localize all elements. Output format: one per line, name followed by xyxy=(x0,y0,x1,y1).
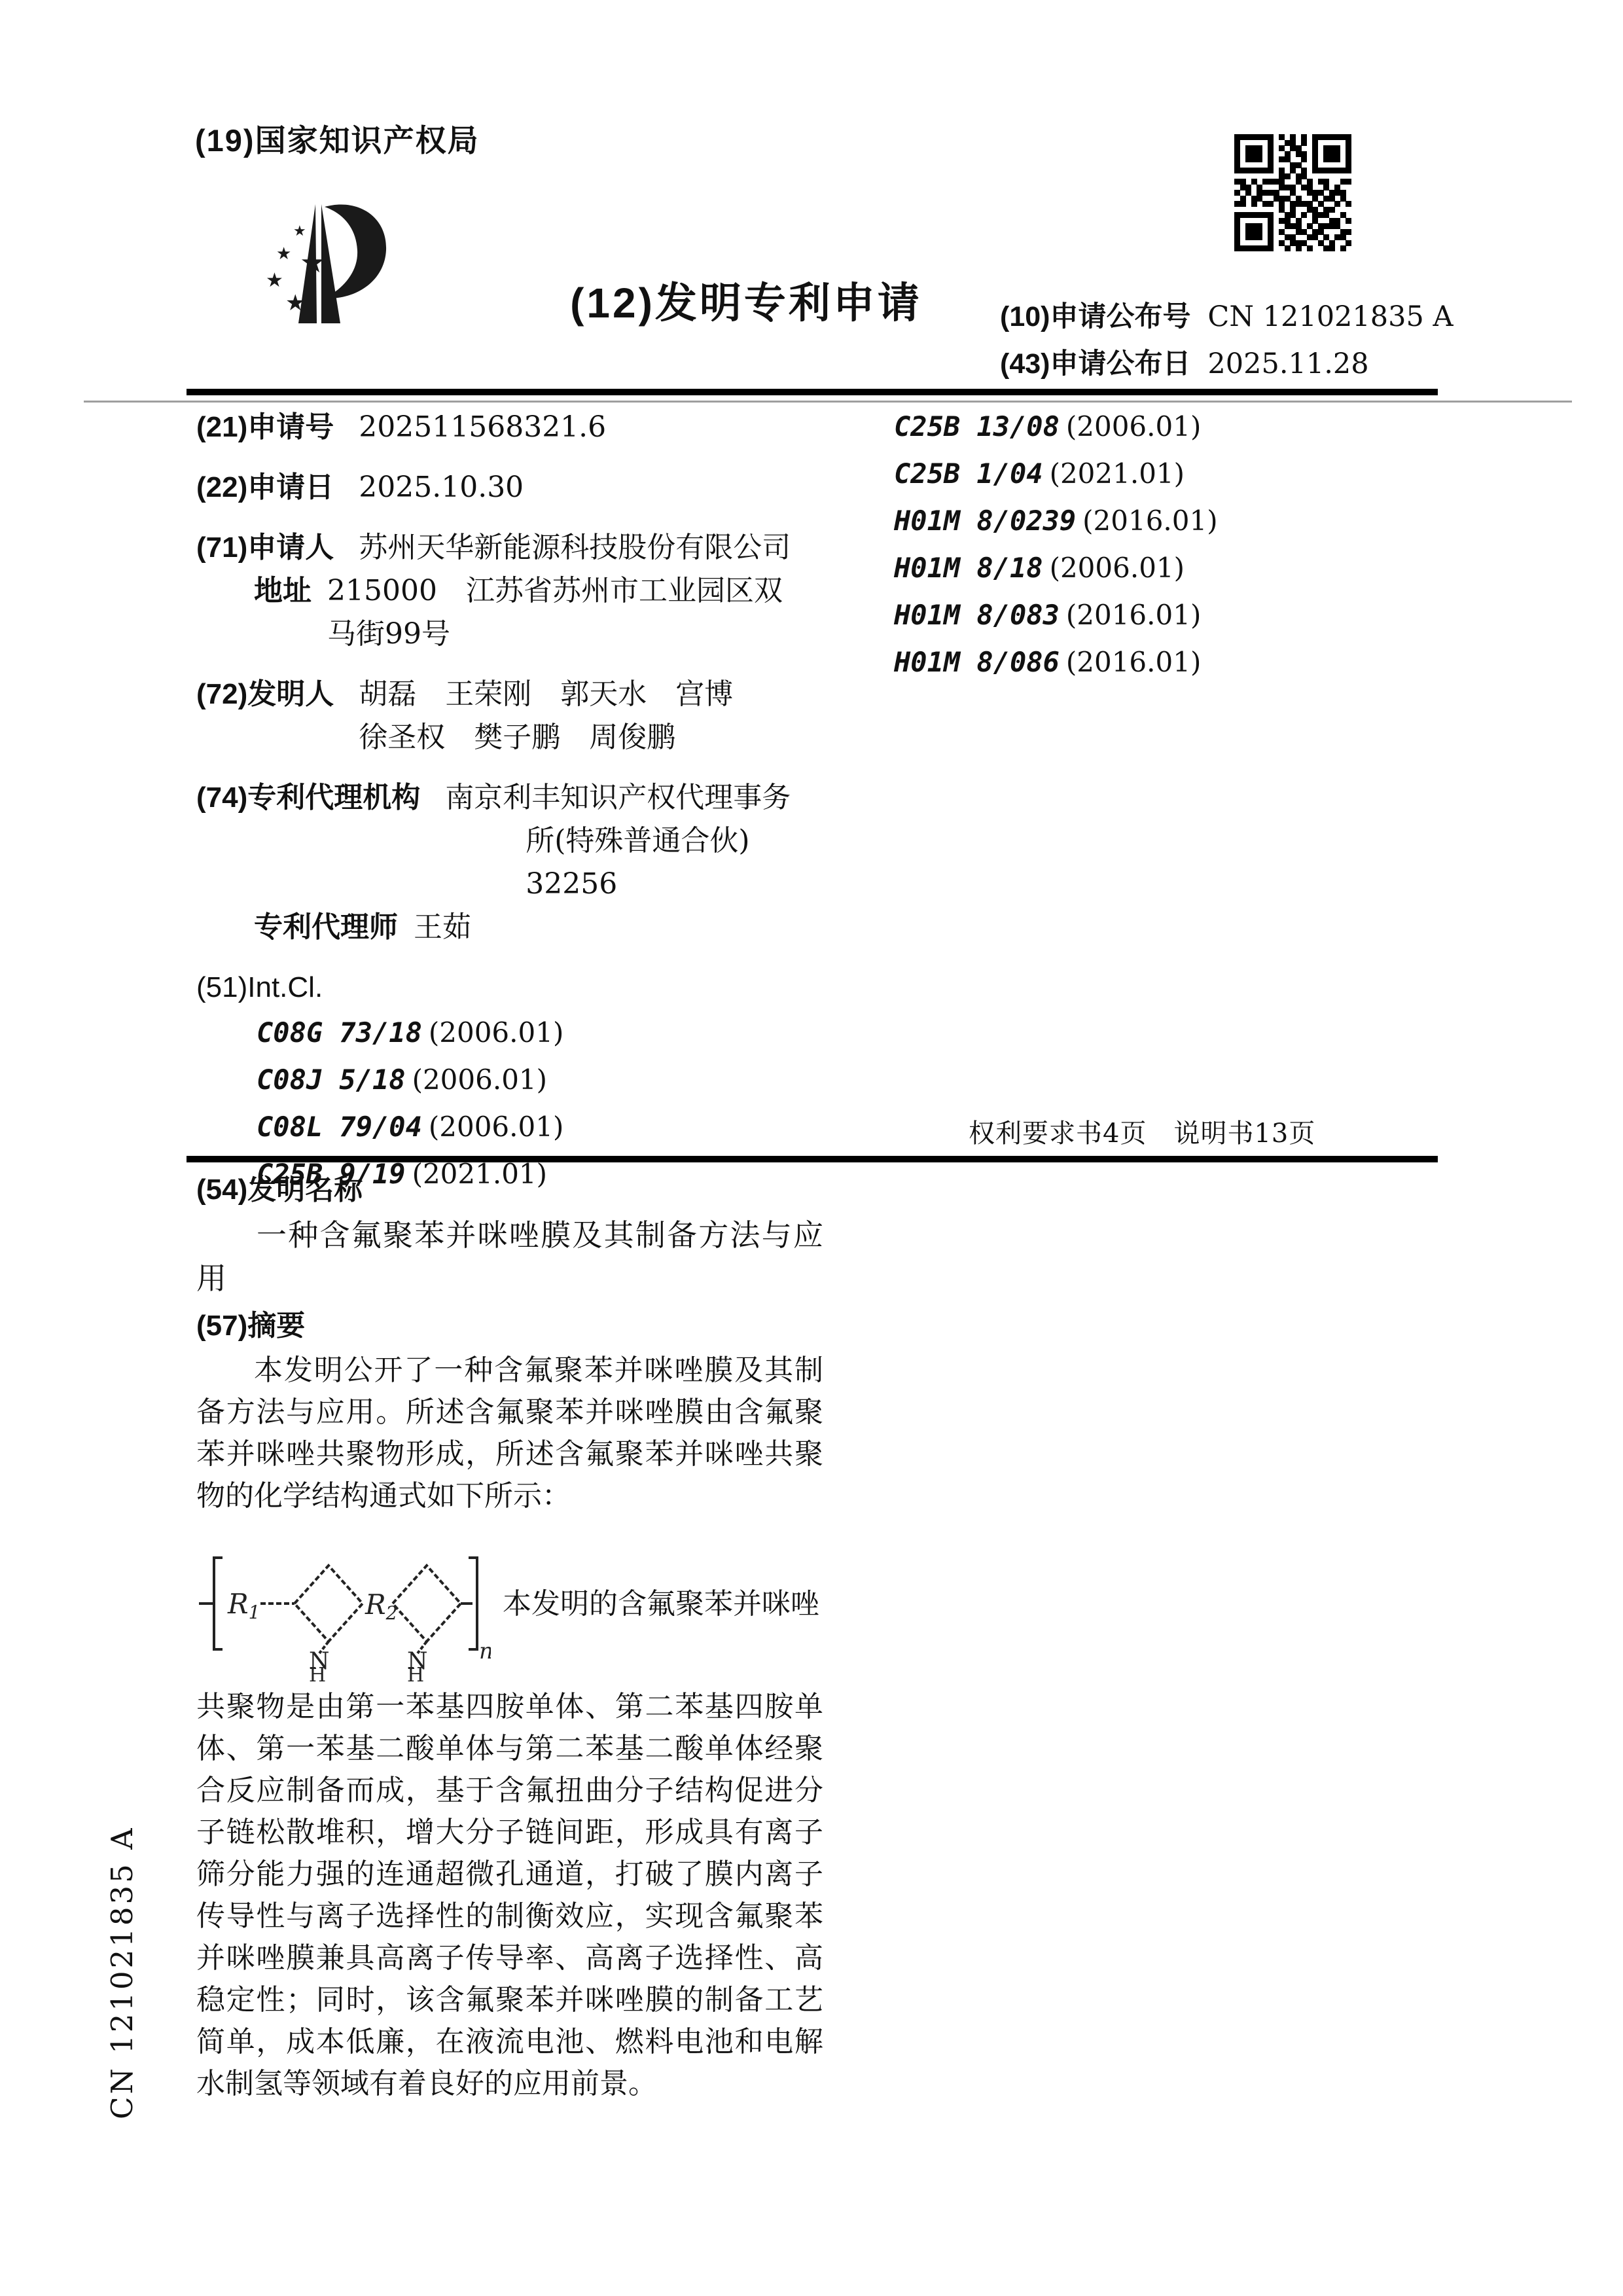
ipc-version: (2006.01) xyxy=(1050,552,1185,584)
star-icon: ★ xyxy=(285,291,305,315)
formula-r2: R2 xyxy=(365,1588,397,1624)
inventors-label: (72)发明人 xyxy=(196,673,334,716)
qr-module xyxy=(1240,201,1246,207)
cnipa-logo-icon: ★ ★ ★ ★ ★ xyxy=(247,195,404,372)
ipc-item: C25B 1/04(2021.01) xyxy=(894,450,1444,497)
agent-value: 王茹 xyxy=(414,906,819,949)
qr-module xyxy=(1268,245,1274,251)
qr-code xyxy=(1234,134,1351,251)
ipc-item: C08J 5/18(2006.01) xyxy=(257,1056,819,1103)
qr-module xyxy=(1346,240,1351,246)
qr-module xyxy=(1329,207,1335,213)
agency-line-2: 所(特殊普通合伙) 32256 xyxy=(526,819,819,906)
inventors-line-2: 徐圣权 樊子鹏 周俊鹏 xyxy=(359,716,819,759)
formula-h-left: H xyxy=(309,1664,326,1682)
ipc-code: H01M 8/0239 xyxy=(894,505,1076,537)
ipc-code: C08J 5/18 xyxy=(257,1064,406,1096)
ipc-item: H01M 8/086(2016.01) xyxy=(894,639,1444,686)
agency-entry: (74)专利代理机构 南京利丰知识产权代理事务 所(特殊普通合伙) 32256 … xyxy=(196,776,819,949)
ipc-item: H01M 8/18(2006.01) xyxy=(894,545,1444,592)
qr-module xyxy=(1285,245,1291,251)
abstract-label: (57)摘要 xyxy=(196,1308,823,1344)
ipc-version: (2016.01) xyxy=(1066,599,1201,631)
side-publication-code: CN 121021835 A xyxy=(105,1825,139,2119)
pages-info: 权利要求书4页 说明书13页 xyxy=(969,1113,1315,1150)
ipc-version: (2016.01) xyxy=(1066,646,1201,678)
star-icon: ★ xyxy=(276,243,291,263)
agency-line-1: 南京利丰知识产权代理事务 xyxy=(445,776,819,819)
qr-module xyxy=(1301,156,1307,162)
publication-date-value: 2025.11.28 xyxy=(1207,348,1368,380)
qr-module xyxy=(1296,245,1302,251)
chemical-structure-formula: R1 R2 N H N H n xyxy=(196,1520,491,1682)
address-label: 地址 xyxy=(254,569,312,613)
qr-module xyxy=(1346,179,1351,185)
formula-caption-text: 本发明的含氟聚苯并咪唑 xyxy=(503,1580,819,1622)
star-icon: ★ xyxy=(293,223,306,239)
invention-title: 一种含氟聚苯并咪唑膜及其制备方法与应用 xyxy=(196,1213,823,1300)
applicant-entry: (71)申请人 苏州天华新能源科技股份有限公司 地址 215000 江苏省苏州市… xyxy=(196,526,819,656)
cnipa-logo-graphic: ★ ★ ★ ★ ★ xyxy=(247,195,404,372)
horizontal-rule-middle xyxy=(187,1156,1438,1162)
ipc-code: C25B 13/08 xyxy=(894,410,1060,442)
application-number-value: 202511568321.6 xyxy=(359,406,819,449)
abstract-section: (54)发明名称 一种含氟聚苯并咪唑膜及其制备方法与应用 (57)摘要 本发明公… xyxy=(196,1172,823,2105)
ipc-item: C25B 13/08(2006.01) xyxy=(894,403,1444,450)
document-type-title: (12)发明专利申请 xyxy=(419,270,1073,330)
horizontal-rule-top xyxy=(187,389,1438,395)
formula-h-right: H xyxy=(407,1664,424,1682)
ipc-code: H01M 8/18 xyxy=(894,552,1043,584)
application-date-label: (22)申请日 xyxy=(196,466,334,509)
ipc-version: (2016.01) xyxy=(1082,505,1217,537)
qr-module xyxy=(1334,201,1340,207)
qr-module xyxy=(1268,168,1274,173)
ipc-item: H01M 8/0239(2016.01) xyxy=(894,497,1444,545)
scan-artifact-line xyxy=(84,401,1572,403)
inventors-line-1: 胡磊 王荣刚 郭天水 宫博 xyxy=(359,673,819,716)
qr-module xyxy=(1257,234,1262,240)
qr-module xyxy=(1301,140,1307,146)
qr-module xyxy=(1346,201,1351,207)
address-value: 215000 江苏省苏州市工业园区双马街99号 xyxy=(327,569,785,656)
ipc-code: C08G 73/18 xyxy=(257,1016,422,1049)
ipc-version: (2021.01) xyxy=(1050,457,1185,490)
applicant-row: (71)申请人 苏州天华新能源科技股份有限公司 xyxy=(196,526,819,569)
publication-date-label: (43)申请公布日 xyxy=(1000,348,1190,380)
publication-number-row: (10)申请公布号 CN 121021835 A xyxy=(1000,293,1454,340)
applicant-label: (71)申请人 xyxy=(196,526,334,569)
bibliography-right-column: C25B 13/08(2006.01) C25B 1/04(2021.01) H… xyxy=(894,403,1444,686)
invention-title-label: (54)发明名称 xyxy=(196,1172,823,1208)
ipc-code: C08L 79/04 xyxy=(257,1111,422,1143)
qr-module xyxy=(1301,212,1307,218)
publication-number-value: CN 121021835 A xyxy=(1207,300,1453,333)
formula-repeat-subscript: n xyxy=(479,1638,491,1664)
address-row: 地址 215000 江苏省苏州市工业园区双马街99号 xyxy=(254,569,819,656)
star-icon: ★ xyxy=(300,247,325,279)
ipc-version: (2006.01) xyxy=(1066,410,1201,442)
intcl-label: (51)Int.Cl. xyxy=(196,966,819,1009)
patent-office-name: (19)国家知识产权局 xyxy=(195,117,480,160)
inventors-value: 胡磊 王荣刚 郭天水 宫博 徐圣权 樊子鹏 周俊鹏 xyxy=(359,673,819,759)
formula-row: R1 R2 N H N H n 本发明的含氟聚苯并咪唑 xyxy=(196,1520,823,1682)
ipc-item: C08L 79/04(2006.01) xyxy=(257,1103,819,1151)
qr-module xyxy=(1346,229,1351,235)
application-number-label: (21)申请号 xyxy=(196,406,334,449)
qr-module xyxy=(1285,173,1291,179)
abstract-paragraph-2: 共聚物是由第一苯基四胺单体、第二苯基四胺单体、第一苯基二酸单体与第二苯基二酸单体… xyxy=(196,1686,823,2105)
agency-value: 南京利丰知识产权代理事务 所(特殊普通合伙) 32256 xyxy=(445,776,819,906)
ipc-item: C08G 73/18(2006.01) xyxy=(257,1009,819,1056)
qr-module xyxy=(1251,201,1257,207)
qr-module xyxy=(1257,156,1262,162)
agent-label: 专利代理师 xyxy=(254,906,398,949)
qr-module xyxy=(1334,156,1340,162)
qr-module xyxy=(1307,245,1313,251)
ipc-code: C25B 1/04 xyxy=(894,457,1043,490)
application-date-row: (22)申请日 2025.10.30 xyxy=(196,466,819,509)
publication-number-label: (10)申请公布号 xyxy=(1000,301,1190,332)
bibliography-left-column: (21)申请号 202511568321.6 (22)申请日 2025.10.3… xyxy=(196,406,819,1215)
publication-block: (10)申请公布号 CN 121021835 A (43)申请公布日 2025.… xyxy=(1000,293,1454,387)
inventors-entry: (72)发明人 胡磊 王荣刚 郭天水 宫博 徐圣权 樊子鹏 周俊鹏 xyxy=(196,673,819,759)
application-date-value: 2025.10.30 xyxy=(359,466,819,509)
patent-front-page: (19)国家知识产权局 ★ ★ ★ ★ ★ (12)发明专利申请 (10)申请公… xyxy=(0,0,1623,2296)
qr-module xyxy=(1268,201,1274,207)
ipc-version: (2006.01) xyxy=(429,1016,563,1049)
ipc-code: H01M 8/086 xyxy=(894,646,1060,678)
qr-module xyxy=(1346,168,1351,173)
intcl-entry: (51)Int.Cl. C08G 73/18(2006.01) C08J 5/1… xyxy=(196,966,819,1198)
application-number-row: (21)申请号 202511568321.6 xyxy=(196,406,819,449)
agency-row: (74)专利代理机构 南京利丰知识产权代理事务 所(特殊普通合伙) 32256 xyxy=(196,776,819,906)
abstract-paragraph-1: 本发明公开了一种含氟聚苯并咪唑膜及其制备方法与应用。所述含氟聚苯并咪唑膜由含氟聚… xyxy=(196,1350,823,1517)
qr-module xyxy=(1340,245,1346,251)
ipc-version: (2006.01) xyxy=(412,1064,547,1096)
agency-label: (74)专利代理机构 xyxy=(196,776,420,819)
publication-date-row: (43)申请公布日 2025.11.28 xyxy=(1000,340,1454,387)
ipc-version: (2006.01) xyxy=(429,1111,563,1143)
ipc-code: H01M 8/083 xyxy=(894,599,1060,631)
agent-row: 专利代理师 王茹 xyxy=(254,906,819,949)
formula-r1: R1 xyxy=(227,1588,260,1623)
ipc-item: H01M 8/083(2016.01) xyxy=(894,592,1444,639)
star-icon: ★ xyxy=(266,270,283,291)
qr-module xyxy=(1329,245,1335,251)
applicant-value: 苏州天华新能源科技股份有限公司 xyxy=(359,526,819,569)
qr-module xyxy=(1346,218,1351,224)
